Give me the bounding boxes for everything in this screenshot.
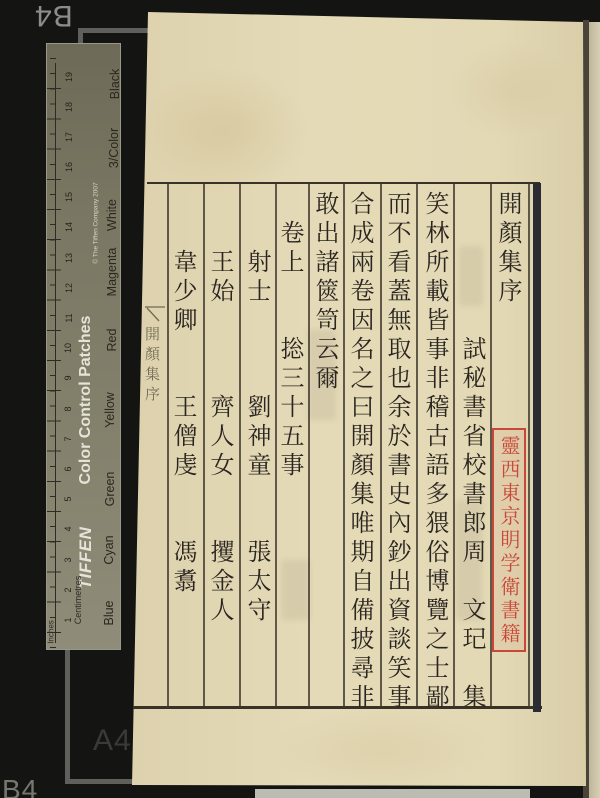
ruler-number: 7: [63, 436, 73, 441]
next-page-edge: [589, 22, 600, 798]
fold-margin-title: 開顏集序: [143, 326, 161, 416]
ruler-number: 8: [63, 406, 73, 411]
photo-marker-middle: A4: [93, 724, 132, 758]
ruler-number: 19: [64, 72, 74, 82]
ruler-minor-ticks: [50, 44, 56, 649]
unit-inches: Inches: [47, 620, 56, 644]
column-author-line: 試秘書省校書郎周 文玘 集: [454, 191, 490, 721]
ruler-number: 18: [64, 102, 74, 112]
patch-label-3color: 3/Color: [107, 128, 121, 168]
seal-inscription: 靈西東京眀学衛書籍: [495, 433, 523, 649]
collector-seal: 靈西東京眀学衛書籍: [492, 428, 526, 652]
strip-copyright: © The Tiffen Company 2007: [93, 182, 100, 263]
column-contents-3: 韋少卿 王僧虔 馮翥: [165, 191, 201, 721]
ruler-number: 17: [64, 132, 74, 142]
patch-label-red: Red: [105, 329, 119, 352]
unit-centimetres: Centimetres: [73, 576, 83, 625]
patch-label-blue: Blue: [102, 600, 116, 625]
ruler-number: 15: [64, 192, 74, 202]
text-block-right-border: [533, 183, 541, 712]
column-preface-2: 而不看蓋無取也余於書史內鈔出資談笑事: [379, 191, 415, 721]
patch-label-cyan: Cyan: [102, 535, 116, 564]
strip-title: Color Control Patches: [77, 316, 95, 485]
fishtail-mark-icon: [144, 304, 166, 324]
ruler-number: 12: [64, 283, 74, 293]
ruler-number: 3: [63, 557, 73, 562]
ruler-number: 14: [64, 222, 74, 232]
ruler-number: 6: [63, 466, 73, 471]
patch-label-green: Green: [103, 472, 117, 507]
column-preface-4: 敢出諸篋笥云爾: [307, 191, 343, 721]
guide-line-bottom-horizontal: [65, 779, 133, 784]
underlying-sheet: [255, 789, 530, 798]
column-preface-3: 合成兩卷因名之曰開顏集唯期自備披尋非: [342, 191, 378, 721]
ruler-number: 5: [63, 496, 73, 501]
guide-line-top-vertical: [78, 28, 83, 44]
photo-marker-bottom: B4: [2, 774, 38, 798]
ruler-number: 2: [63, 587, 73, 592]
patch-label-white: White: [105, 199, 119, 231]
ruler-number: 1: [63, 617, 73, 622]
column-contents-2: 王始 齊人女 攫金人: [202, 191, 238, 721]
guide-line-top-horizontal: [78, 28, 148, 33]
ruler-number: 13: [64, 253, 74, 263]
column-volume-heading: 卷上 捴三十五事: [272, 191, 308, 721]
patch-label-yellow: Yellow: [103, 392, 117, 428]
patch-label-black: Black: [108, 69, 122, 100]
ruler-number: 10: [63, 343, 73, 353]
ruler-number: 4: [63, 526, 73, 531]
column-preface-1: 笑林所載皆事非稽古語多猥俗博覽之士鄙: [417, 191, 453, 721]
column-contents-1: 射士 劉神童 張太守: [239, 191, 275, 721]
photo-marker-top: B4: [34, 0, 73, 32]
guide-line-bottom-vertical: [65, 650, 70, 784]
patch-label-magenta: Magenta: [105, 248, 119, 297]
ruler-number: 16: [64, 162, 74, 172]
column-rule: [528, 183, 530, 708]
ruler-number: 11: [64, 313, 74, 322]
ruler-number: 9: [63, 375, 73, 380]
